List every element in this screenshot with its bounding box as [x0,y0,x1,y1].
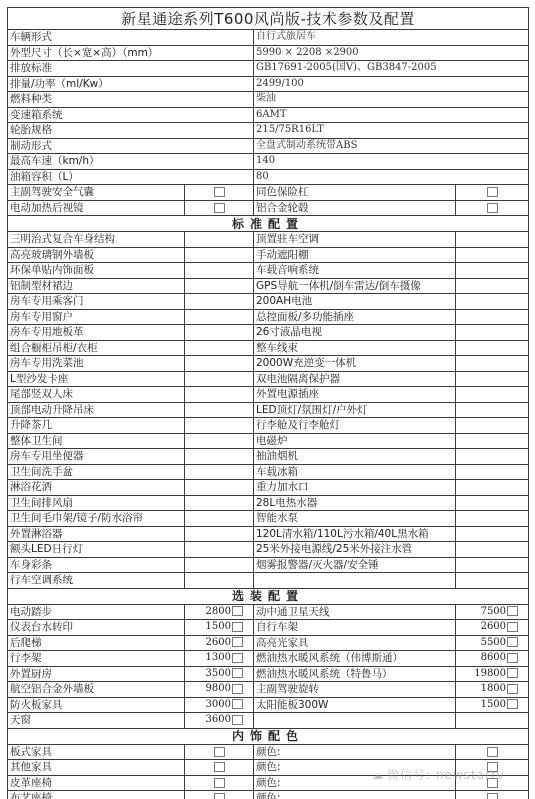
checkbox[interactable] [487,187,498,197]
empty-cell [185,309,254,325]
empty-cell [185,557,254,573]
option-price-cell: 9800 [185,682,254,698]
feature-label: 外置淋浴器 [8,526,185,542]
empty-cell [456,480,529,496]
color-label: 颜色: [254,791,456,799]
interior-row: 其他家具 颜色: [8,760,529,776]
feature-label: 卫生间排风扇 [8,495,185,511]
interior-label: 布艺座椅 [8,791,185,799]
interior-checkbox-cell [185,760,254,776]
feature-label: 卫生间毛巾架/镜子/防水浴帘 [8,511,185,527]
color-label: 颜色: [254,775,456,791]
option-price-cell: 2600 [456,620,529,636]
option-price: 3500 [206,668,231,679]
option-price: 2600 [481,621,506,632]
standard-row: 车身彩条烟雾报警器/灭火器/安全锤 [8,557,529,573]
document-title: 新星通途系列T600风尚版-技术参数及配置 [8,8,529,30]
feature-label: L型沙发卡座 [8,371,185,387]
spec-row: 车辆形式自行式旅居车 [8,30,529,46]
feature-label: 电动加热后视镜 [8,200,185,216]
checkbox[interactable] [507,637,518,647]
option-label: 行李架 [8,651,185,667]
spec-label: 排放标准 [8,61,254,77]
option-price-cell: 3500 [185,666,254,682]
section-header-row: 选装配置 [8,588,529,604]
option-price-cell: 1500 [185,620,254,636]
empty-cell [456,325,529,341]
empty-cell [456,371,529,387]
spec-table: 新星通途系列T600风尚版-技术参数及配置 车辆形式自行式旅居车 外型尺寸（长×… [7,7,529,799]
standard-row: 升降茶几行李舱及行李舱灯 [8,418,529,434]
feature-label: 整车线束 [254,340,456,356]
empty-cell [456,402,529,418]
checkbox[interactable] [232,699,243,709]
feature-label: LED顶灯/氛围灯/户外灯 [254,402,456,418]
empty-cell [185,573,254,589]
feature-label: 升降茶几 [8,418,185,434]
empty-cell [456,713,529,729]
feature-label: 房车专用窗户 [8,309,185,325]
option-price-cell: 1800 [456,682,529,698]
color-checkbox-cell [456,791,529,799]
interior-checkbox-cell [185,775,254,791]
option-price-cell: 2800 [185,604,254,620]
standard-row: 房车专用乘客门200AH电池 [8,294,529,310]
feature-label: 主副驾驶安全气囊 [8,185,185,201]
interior-row: 板式家具 颜色: [8,744,529,760]
checkbox[interactable] [214,747,225,757]
standard-row: 尾部竖双人床外置电源插座 [8,387,529,403]
checkbox[interactable] [507,622,518,632]
empty-cell [185,418,254,434]
option-label: 电动踏步 [8,604,185,620]
empty-cell [185,464,254,480]
feature-label: 车载冰箱 [254,464,456,480]
standard-row: 房车专用坐便器抽油烟机 [8,449,529,465]
spec-label: 制动形式 [8,138,254,154]
option-label: 动中通卫星天线 [254,604,456,620]
feature-label: 房车专用乘客门 [8,294,185,310]
empty-cell [456,387,529,403]
feature-label: GPS导航一体机/倒车雷达/倒车摄像 [254,278,456,294]
interior-checkbox-cell [185,744,254,760]
standard-row: 卫生间洗手盆车载冰箱 [8,464,529,480]
option-label: 自行车架 [254,620,456,636]
checkbox[interactable] [507,606,518,616]
interior-label: 其他家具 [8,760,185,776]
optional-row: 后爬梯 2600 高亮光家具 5500 [8,635,529,651]
empty-cell [185,371,254,387]
empty-cell [456,433,529,449]
feature-label: 三明治式复合车身结构 [8,232,185,248]
spec-row: 外型尺寸（长×宽×高）（mm）5990 × 2208 ×2900 [8,45,529,61]
empty-cell [185,263,254,279]
feature-checkbox-cell [456,200,529,216]
empty-cell [185,542,254,558]
checkbox[interactable] [214,793,225,799]
option-price: 1800 [481,683,506,694]
checkbox[interactable] [507,668,518,678]
spec-row: 排放标准GB17691-2005(国V)、GB3847-2005 [8,61,529,77]
empty-cell [456,309,529,325]
spec-value: 全盘式制动系统带ABS [254,138,529,154]
option-label: 外置厨房 [8,666,185,682]
option-label: 主副驾驶旋转 [254,682,456,698]
empty-cell [185,402,254,418]
spec-value: 5990 × 2208 ×2900 [254,45,529,61]
feature-label: 手动遮阳棚 [254,247,456,263]
feature-label: 额头LED日行灯 [8,542,185,558]
option-price-cell: 7500 [456,604,529,620]
feature-label: 120L清水箱/110L污水箱/40L黑水箱 [254,526,456,542]
feature-label: 同色保险杠 [254,185,456,201]
color-checkbox-cell [456,760,529,776]
empty-cell [185,247,254,263]
feature-label: 电磁炉 [254,433,456,449]
feature-label: 行车空调系统 [8,573,185,589]
empty-cell [456,542,529,558]
empty-cell [456,232,529,248]
feature-label: 26寸液晶电视 [254,325,456,341]
spec-row: 变速箱系统6AMT [8,107,529,123]
checkbox[interactable] [232,715,243,725]
checkbox[interactable] [214,778,225,788]
empty-cell [185,433,254,449]
standard-row: 组合橱柜吊柜/衣柜整车线束 [8,340,529,356]
spec-value: 柴油 [254,92,529,108]
spec-sheet: 新星通途系列T600风尚版-技术参数及配置 车辆形式自行式旅居车 外型尺寸（长×… [7,7,528,799]
spec-label: 燃料种类 [8,92,254,108]
checkbox[interactable] [487,203,498,213]
empty-cell [185,449,254,465]
checkbox[interactable] [232,653,243,663]
empty-cell [185,340,254,356]
standard-row: 整体卫生间电磁炉 [8,433,529,449]
empty-cell [456,418,529,434]
empty-cell [456,356,529,372]
empty-cell [185,294,254,310]
checkbox[interactable] [487,793,498,799]
optional-row: 行李架 1300 燃油热水暖风系统（伟博斯通） 8600 [8,651,529,667]
feature-label: 组合橱柜吊柜/衣柜 [8,340,185,356]
standard-row: 三明治式复合车身结构顶置驻车空调 [8,232,529,248]
checkbox[interactable] [232,622,243,632]
option-price: 5500 [481,637,506,648]
option-price: 19800 [474,668,506,679]
option-price-cell: 2600 [185,635,254,651]
option-price: 2800 [206,606,231,617]
option-price-cell: 3000 [185,697,254,713]
empty-cell [185,511,254,527]
empty-cell [456,247,529,263]
empty-cell [456,340,529,356]
option-price-cell: 1300 [185,651,254,667]
standard-row: 额头LED日行灯25米外接电源线/25米外接注水管 [8,542,529,558]
checkbox[interactable] [232,637,243,647]
spec-label: 最高车速（km/h） [8,154,254,170]
empty-cell [185,526,254,542]
checkbox[interactable] [214,187,225,197]
empty-cell [185,480,254,496]
spec-check-row: 主副驾驶安全气囊 同色保险杠 [8,185,529,201]
spec-label: 车辆形式 [8,30,254,46]
feature-label: 25米外接电源线/25米外接注水管 [254,542,456,558]
standard-row: 外置淋浴器120L清水箱/110L污水箱/40L黑水箱 [8,526,529,542]
empty-cell [185,387,254,403]
checkbox[interactable] [214,203,225,213]
empty-cell [456,511,529,527]
empty-cell [456,526,529,542]
interior-label: 板式家具 [8,744,185,760]
feature-checkbox-cell [185,200,254,216]
feature-checkbox-cell [456,185,529,201]
checkbox[interactable] [214,762,225,772]
optional-row: 外置厨房 3500 燃油热水暖风系统（特鲁马） 19800 [8,666,529,682]
spec-value: 215/75R16LT [254,123,529,139]
spec-row: 最高车速（km/h）140 [8,154,529,170]
option-price: 9800 [206,683,231,694]
feature-label: 外置电源插座 [254,387,456,403]
section-heading-optional: 选装配置 [8,588,529,604]
section-heading-standard: 标准配置 [8,216,529,232]
spec-label: 油箱容积（L） [8,169,254,185]
spec-value: 6AMT [254,107,529,123]
standard-row: 房车专用地板革26寸液晶电视 [8,325,529,341]
option-price: 3600 [206,714,231,725]
section-header-row: 内饰配色 [8,728,529,744]
option-label: 后爬梯 [8,635,185,651]
empty-cell [456,449,529,465]
feature-label: 环保单贴内饰面板 [8,263,185,279]
spec-value: 自行式旅居车 [254,30,529,46]
option-price: 3000 [206,699,231,710]
spec-value: GB17691-2005(国V)、GB3847-2005 [254,61,529,77]
optional-row: 仪表台水转印 1500 自行车架 2600 [8,620,529,636]
interior-label: 皮革座椅 [8,775,185,791]
standard-row: 高亮玻璃钢外墙板手动遮阳棚 [8,247,529,263]
standard-row: 行车空调系统 [8,573,529,589]
empty-cell [185,325,254,341]
feature-label: 房车专用坐便器 [8,449,185,465]
empty-cell [185,495,254,511]
feature-label: 房车专用洗菜池 [8,356,185,372]
option-label: 航空铝合金外墙板 [8,682,185,698]
spec-label: 外型尺寸（长×宽×高）（mm） [8,45,254,61]
spec-row: 油箱容积（L）80 [8,169,529,185]
empty-cell [456,263,529,279]
title-row: 新星通途系列T600风尚版-技术参数及配置 [8,8,529,30]
empty-cell [185,356,254,372]
option-price: 1500 [206,621,231,632]
standard-row: 房车专用窗户总控面板/多功能插座 [8,309,529,325]
option-label: 燃油热水暖风系统（伟博斯通） [254,651,456,667]
checkbox[interactable] [487,762,498,772]
feature-label: 烟雾报警器/灭火器/安全锤 [254,557,456,573]
spec-check-row: 电动加热后视镜 铝合金轮毂 [8,200,529,216]
spec-label: 变速箱系统 [8,107,254,123]
feature-label: 28L电热水器 [254,495,456,511]
standard-row: 环保单贴内饰面板车载音响系统 [8,263,529,279]
interior-checkbox-cell [185,791,254,799]
section-header-row: 标准配置 [8,216,529,232]
checkbox[interactable] [232,668,243,678]
spec-row: 制动形式全盘式制动系统带ABS [8,138,529,154]
feature-label: 2000W充逆变一体机 [254,356,456,372]
option-price: 2600 [206,637,231,648]
feature-label: 铝合金轮毂 [254,200,456,216]
color-label: 颜色: [254,744,456,760]
spec-value: 2499/100 [254,76,529,92]
spec-value: 80 [254,169,529,185]
standard-row: 顶部电动升降吊床LED顶灯/氛围灯/户外灯 [8,402,529,418]
option-label: 燃油热水暖风系统（特鲁马） [254,666,456,682]
checkbox[interactable] [507,653,518,663]
optional-row: 天窗 3600 [8,713,529,729]
color-checkbox-cell [456,744,529,760]
feature-label: 铝制型材裙边 [8,278,185,294]
feature-label: 顶部电动升降吊床 [8,402,185,418]
color-label: 颜色: [254,760,456,776]
option-label: 仪表台水转印 [8,620,185,636]
section-heading-interior: 内饰配色 [8,728,529,744]
option-label: 太阳能板300W [254,697,456,713]
feature-label: 尾部竖双人床 [8,387,185,403]
feature-label: 淋浴花洒 [8,480,185,496]
empty-cell [456,294,529,310]
option-price: 7500 [481,606,506,617]
optional-row: 航空铝合金外墙板 9800 主副驾驶旋转 1800 [8,682,529,698]
feature-label: 卫生间洗手盆 [8,464,185,480]
option-label: 高亮光家具 [254,635,456,651]
empty-cell [456,495,529,511]
spec-row: 燃料种类柴油 [8,92,529,108]
feature-label: 车载音响系统 [254,263,456,279]
option-price-cell: 5500 [456,635,529,651]
spec-value: 140 [254,154,529,170]
feature-label: 车身彩条 [8,557,185,573]
standard-row: L型沙发卡座双电池隔离保护器 [8,371,529,387]
empty-cell [456,573,529,589]
checkbox[interactable] [232,684,243,694]
checkbox[interactable] [507,699,518,709]
feature-label: 200AH电池 [254,294,456,310]
feature-label: 抽油烟机 [254,449,456,465]
feature-label: 高亮玻璃钢外墙板 [8,247,185,263]
spec-label: 排量/功率（ml/Kw） [8,76,254,92]
standard-row: 房车专用洗菜池2000W充逆变一体机 [8,356,529,372]
empty-cell [456,464,529,480]
checkbox[interactable] [487,747,498,757]
empty-cell [185,232,254,248]
checkbox[interactable] [232,606,243,616]
standard-row: 淋浴花洒重力加水口 [8,480,529,496]
empty-cell [254,713,456,729]
feature-checkbox-cell [185,185,254,201]
feature-label [254,573,456,589]
option-price: 1300 [206,652,231,663]
option-price-cell: 3600 [185,713,254,729]
standard-row: 卫生间毛巾架/镜子/防水浴帘智能水泵 [8,511,529,527]
feature-label: 整体卫生间 [8,433,185,449]
feature-label: 房车专用地板革 [8,325,185,341]
feature-label: 行李舱及行李舱灯 [254,418,456,434]
feature-label: 重力加水口 [254,480,456,496]
spec-label: 轮胎规格 [8,123,254,139]
spec-row: 轮胎规格215/75R16LT [8,123,529,139]
feature-label: 顶置驻车空调 [254,232,456,248]
optional-row: 防火板家具 3000 太阳能板300W 1500 [8,697,529,713]
interior-row: 布艺座椅 颜色: [8,791,529,799]
option-label: 防火板家具 [8,697,185,713]
option-price: 1500 [481,699,506,710]
option-price-cell: 19800 [456,666,529,682]
empty-cell [456,278,529,294]
feature-label: 总控面板/多功能插座 [254,309,456,325]
optional-row: 电动踏步 2800 动中通卫星天线 7500 [8,604,529,620]
option-price: 8600 [481,652,506,663]
feature-label: 双电池隔离保护器 [254,371,456,387]
checkbox[interactable] [507,684,518,694]
empty-cell [456,557,529,573]
standard-row: 铝制型材裙边GPS导航一体机/倒车雷达/倒车摄像 [8,278,529,294]
standard-row: 卫生间排风扇28L电热水器 [8,495,529,511]
option-label: 天窗 [8,713,185,729]
checkbox[interactable] [487,778,498,788]
interior-row: 皮革座椅 颜色: [8,775,529,791]
option-price-cell: 8600 [456,651,529,667]
spec-row: 排量/功率（ml/Kw）2499/100 [8,76,529,92]
color-checkbox-cell [456,775,529,791]
empty-cell [185,278,254,294]
option-price-cell: 1500 [456,697,529,713]
feature-label: 智能水泵 [254,511,456,527]
